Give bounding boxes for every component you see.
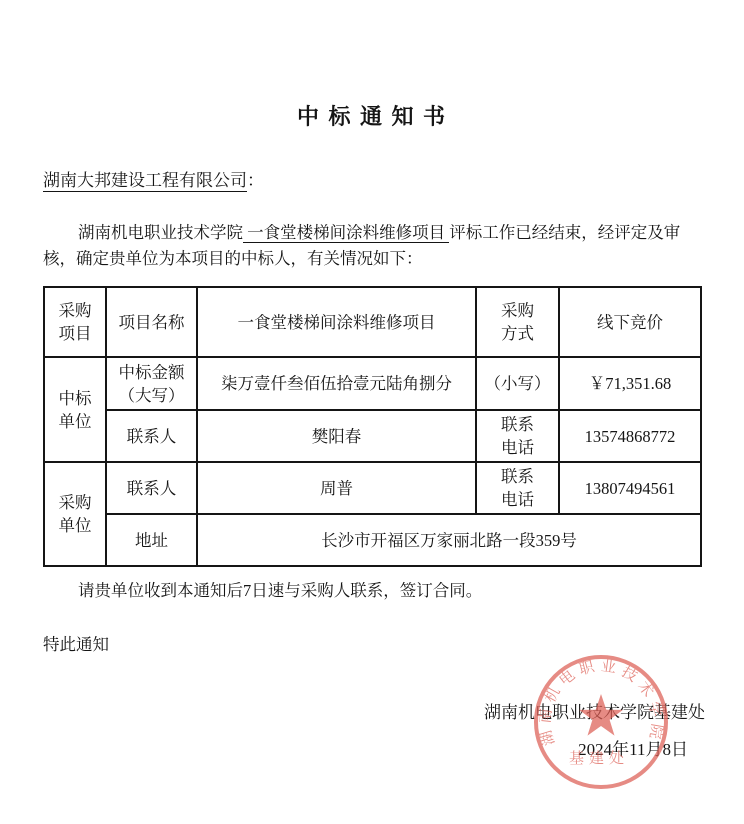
project-name-value-cell: 一食堂楼梯间涂料维修项目 <box>197 287 476 357</box>
purchaser-contact-value-cell: 周普 <box>197 462 476 514</box>
bid-amount-words-label-cell: 中标金额 （大写） <box>106 357 197 410</box>
table-row: 采购 项目 项目名称 一食堂楼梯间涂料维修项目 采购 方式 线下竞价 <box>44 287 701 357</box>
intro-prefix: 湖南机电职业技术学院 <box>78 223 243 242</box>
addressee-company-name: 湖南大邦建设工程有限公司 <box>43 171 247 192</box>
bid-amount-figures-label-cell: （小写） <box>476 357 559 410</box>
addressee-line: 湖南大邦建设工程有限公司： <box>43 166 264 191</box>
purchaser-group-label-cell: 采购 单位 <box>44 462 106 566</box>
address-label-cell: 地址 <box>106 514 197 566</box>
bidder-phone-value-cell: 13574868772 <box>559 410 701 462</box>
bid-amount-figures-value-cell: ￥71,351.68 <box>559 357 701 410</box>
purchaser-phone-label-cell: 联系 电话 <box>476 462 559 514</box>
purchaser-phone-value-cell: 13807494561 <box>559 462 701 514</box>
winning-bidder-group-label-cell: 中标 单位 <box>44 357 106 462</box>
address-value-cell: 长沙市开福区万家丽北路一段359号 <box>197 514 701 566</box>
project-name-label-cell: 项目名称 <box>106 287 197 357</box>
bidder-contact-label-cell: 联系人 <box>106 410 197 462</box>
followup-paragraph: 请贵单位收到本通知后7日速与采购人联系，签订合同。 <box>43 577 713 601</box>
signature-date: 2024年11月8日 <box>484 735 705 760</box>
bid-amount-words-value-cell: 柒万壹仟叁佰伍拾壹元陆角捌分 <box>197 357 476 410</box>
signature-organization: 湖南机电职业技术学院基建处 <box>484 698 705 723</box>
bidder-phone-label-cell: 联系 电话 <box>476 410 559 462</box>
award-info-table: 采购 项目 项目名称 一食堂楼梯间涂料维修项目 采购 方式 线下竞价 中标 单位… <box>43 286 702 567</box>
intro-paragraph: 湖南机电职业技术学院 一食堂楼梯间涂料维修项目 评标工作已经结束，经评定及审核，… <box>43 220 713 272</box>
table-row: 采购 单位 联系人 周普 联系 电话 13807494561 <box>44 462 701 514</box>
bidder-contact-value-cell: 樊阳春 <box>197 410 476 462</box>
procurement-method-value-cell: 线下竞价 <box>559 287 701 357</box>
document-page: 中 标 通 知 书 湖南大邦建设工程有限公司： 湖南机电职业技术学院 一食堂楼梯… <box>0 0 744 824</box>
document-title: 中 标 通 知 书 <box>0 100 744 131</box>
addressee-colon: ： <box>247 171 264 190</box>
signature-block: 湖南机电职业技术学院基建处 2024年11月8日 <box>484 698 705 760</box>
procurement-item-label-cell: 采购 项目 <box>44 287 106 357</box>
table-row: 联系人 樊阳春 联系 电话 13574868772 <box>44 410 701 462</box>
hereby-notice-line: 特此通知 <box>43 631 109 655</box>
table-row: 地址 长沙市开福区万家丽北路一段359号 <box>44 514 701 566</box>
intro-project-name-underlined: 一食堂楼梯间涂料维修项目 <box>243 223 449 243</box>
procurement-method-label-cell: 采购 方式 <box>476 287 559 357</box>
purchaser-contact-label-cell: 联系人 <box>106 462 197 514</box>
table-row: 中标 单位 中标金额 （大写） 柒万壹仟叁佰伍拾壹元陆角捌分 （小写） ￥71,… <box>44 357 701 410</box>
